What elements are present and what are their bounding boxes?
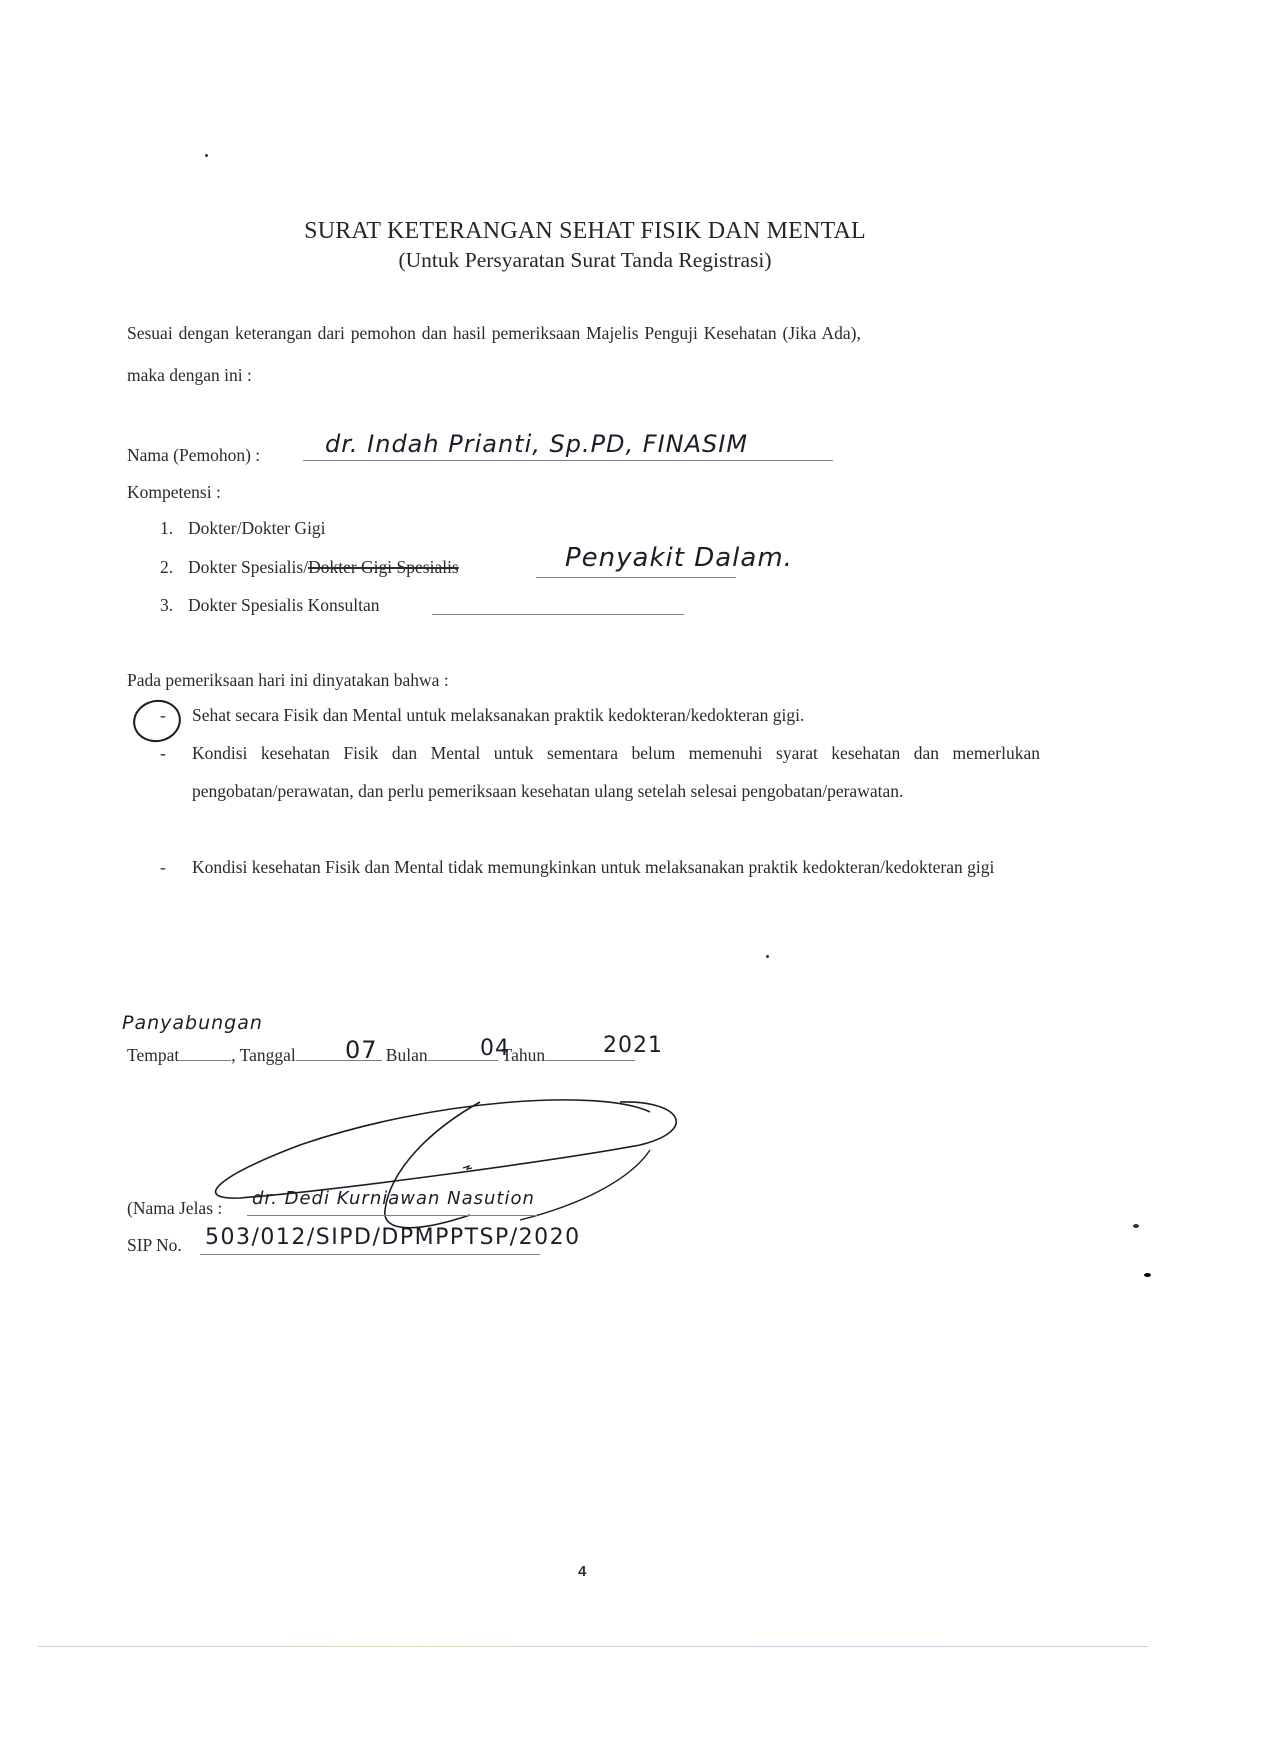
year-value: 2021 [603, 1033, 663, 1058]
scan-speck [1133, 1224, 1139, 1228]
specialty-value[interactable]: Penyakit Dalam. [565, 543, 793, 573]
competence-item-1: 1.Dokter/Dokter Gigi [160, 518, 326, 539]
competence-item-text: Dokter Spesialis/ [188, 557, 308, 577]
competence-item-num: 3. [160, 595, 188, 616]
competence-item-text: Dokter Spesialis Konsultan [188, 595, 380, 615]
date-label: , Tanggal [231, 1045, 296, 1065]
struck-option: Dokter Gigi Spesialis [308, 557, 459, 577]
document-title: SURAT KETERANGAN SEHAT FISIK DAN MENTAL [0, 218, 1170, 245]
specialty-line [536, 577, 736, 578]
consultant-line[interactable] [432, 614, 684, 615]
option-dash: - [160, 743, 166, 764]
signer-name-label: (Nama Jelas : [127, 1198, 222, 1219]
place-date-row: Tempat, TanggalBulanTahun [127, 1045, 635, 1066]
document-subtitle: (Untuk Persyaratan Surat Tanda Registras… [0, 248, 1170, 273]
competence-item-num: 2. [160, 557, 188, 578]
option-dash: - [160, 705, 166, 726]
option-text: Kondisi kesehatan Fisik dan Mental untuk… [192, 734, 1040, 810]
place-line[interactable] [179, 1060, 231, 1061]
option-dash: - [160, 857, 166, 878]
scan-speck [1144, 1273, 1151, 1277]
date-value: 07 [345, 1036, 378, 1064]
competence-item-num: 1. [160, 518, 188, 539]
competence-item-3: 3.Dokter Spesialis Konsultan [160, 595, 380, 616]
signer-name-line [247, 1215, 537, 1216]
page-number: 4 [578, 1563, 586, 1580]
place-value[interactable]: Panyabungan [122, 1012, 263, 1034]
signer-name-value[interactable]: dr. Dedi Kurniawan Nasution [252, 1188, 535, 1209]
footer-divider [38, 1646, 1148, 1647]
month-label: Bulan [386, 1045, 428, 1065]
sip-value[interactable]: 503/012/SIPD/DPMPPTSP/2020 [205, 1225, 581, 1250]
exam-label: Pada pemeriksaan hari ini dinyatakan bah… [127, 670, 449, 691]
month-value: 04 [480, 1036, 510, 1061]
competence-label: Kompetensi : [127, 482, 221, 503]
scan-speck [766, 955, 769, 958]
option-text: Kondisi kesehatan Fisik dan Mental tidak… [192, 848, 1040, 886]
signature-mark [180, 1090, 700, 1240]
sip-line [200, 1254, 540, 1255]
scan-speck [205, 154, 208, 157]
intro-line-2: maka dengan ini : [127, 365, 252, 386]
sip-label: SIP No. [127, 1235, 182, 1256]
applicant-name-line [303, 460, 833, 461]
year-line[interactable] [545, 1060, 635, 1061]
applicant-name-value[interactable]: dr. Indah Prianti, Sp.PD, FINASIM [325, 430, 748, 458]
place-label: Tempat [127, 1045, 179, 1065]
applicant-label: Nama (Pemohon) : [127, 445, 260, 466]
competence-item-2: 2.Dokter Spesialis/Dokter Gigi Spesialis [160, 557, 459, 578]
intro-line-1: Sesuai dengan keterangan dari pemohon da… [127, 323, 1047, 344]
option-text: Sehat secara Fisik dan Mental untuk mela… [192, 696, 1040, 734]
competence-item-text: Dokter/Dokter Gigi [188, 518, 326, 538]
selected-option-circle [129, 695, 185, 746]
